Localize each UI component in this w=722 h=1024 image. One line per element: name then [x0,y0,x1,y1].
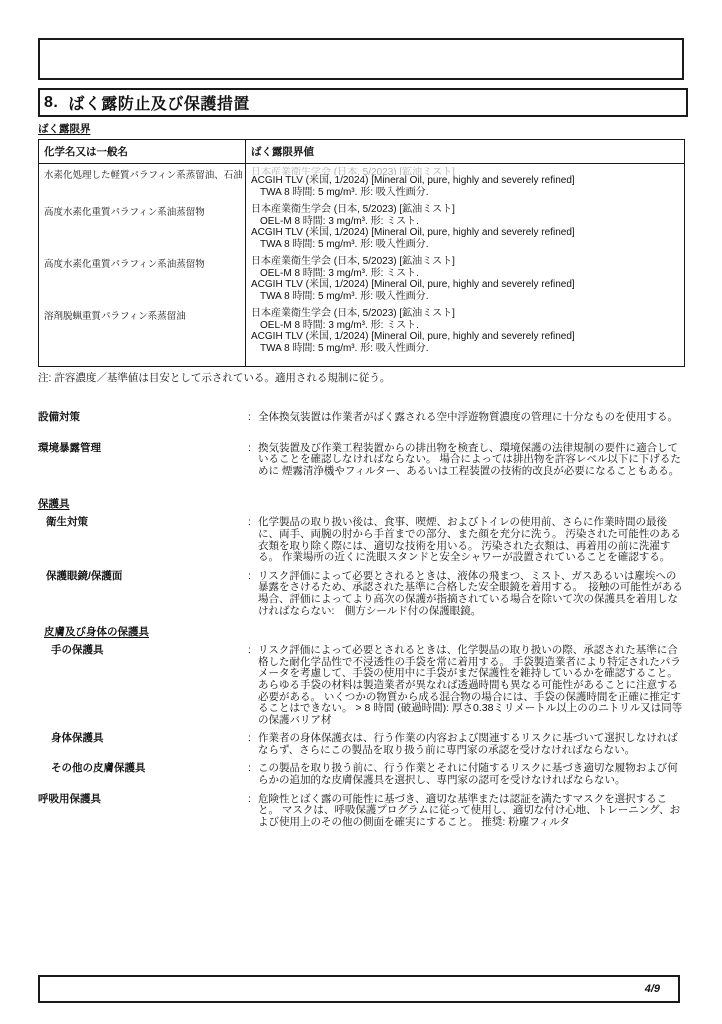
field-value: :リスク評価によって必要とされるときは、化学製品の取り扱いの際、承認された基準に… [248,645,684,726]
field-value: :換気装置及び作業工程装置からの排出物を検査し、環境保護の法律規制の要件に適合し… [248,443,684,478]
definition-row: その他の皮膚保護具:この製品を取り扱う前に、行う作業とそれに付随するリスクに基づ… [38,763,684,786]
limit-line: ACGIH TLV (米国, 1/2024) [Mineral Oil, pur… [251,175,679,187]
field-label: 保護眼鏡/保護面 [38,571,248,617]
section-title: ばく露防止及び保護措置 [68,91,250,114]
limit-line: 日本産業衛生学会 (日本, 5/2023) [鉱油ミスト] [251,167,679,175]
field-value: :この製品を取り扱う前に、行う作業とそれに付随するリスクに基づき適切な履物および… [248,763,684,786]
definition-row: 身体保護具:作業者の身体保護衣は、行う作業の内容および関連するリスクに基づいて選… [38,733,684,756]
colon-separator: : [248,517,251,529]
page-content: ばく露限界 化学名又は一般名 ばく露限界値 水素化処理した軽質パラフィン系蒸留油… [38,121,684,835]
table-row: 高度水素化重質パラフィン系油蒸留物日本産業衛生学会 (日本, 5/2023) [… [39,201,685,253]
limit-line: OEL-M 8 時間: 3 mg/m³. 形: ミスト. [251,216,679,228]
field-value: :作業者の身体保護衣は、行う作業の内容および関連するリスクに基づいて選択しなけれ… [248,733,684,756]
table-note: 注: 許容濃度／基準値は目安として示されている。適用される規制に従う。 [38,372,684,384]
table-header-row: 化学名又は一般名 ばく露限界値 [39,140,685,164]
engineering-controls-list: 設備対策:全体換気装置は作業者がばく露される空中浮遊物質濃度の管理に十分なものを… [38,412,684,477]
respiratory-protection-list: 呼吸用保護具:危険性とばく露の可能性に基づき、適切な基準または認証を満たすマスク… [38,794,684,829]
field-value-text: 換気装置及び作業工程装置からの排出物を検査し、環境保護の法律規制の要件に適合して… [258,442,681,477]
definition-row: 環境暴露管理:換気装置及び作業工程装置からの排出物を検査し、環境保護の法律規制の… [38,443,684,478]
definition-row: 衛生対策:化学製品の取り扱い後は、食事、喫煙、およびトイレの使用前、さらに作業時… [38,517,684,563]
section-title-box: 8. ばく露防止及び保護措置 [38,88,688,117]
chemical-name-cell: 溶剤脱蝋重質パラフィン系蒸留油 [39,305,246,367]
field-value: :リスク評価によって必要とされるときは、液体の飛まつ、ミスト、ガスあるいは塵埃へ… [248,571,684,617]
page-number: 4/9 [645,983,660,995]
document-header-box [38,38,684,80]
colon-separator: : [248,645,251,657]
ppe-items-list: 衛生対策:化学製品の取り扱い後は、食事、喫煙、およびトイレの使用前、さらに作業時… [38,517,684,617]
field-value-text: リスク評価によって必要とされるときは、化学製品の取り扱いの際、承認された基準に合… [258,644,682,726]
field-label: 呼吸用保護具 [38,794,248,829]
limit-line: TWA 8 時間: 5 mg/m³. 形: 吸入性画分. [251,291,679,303]
limit-line: 日本産業衛生学会 (日本, 5/2023) [鉱油ミスト] [251,256,679,268]
exposure-limits-table-body: 水素化処理した軽質パラフィン系蒸留油、石油日本産業衛生学会 (日本, 5/202… [39,164,685,367]
limit-line: OEL-M 8 時間: 3 mg/m³. 形: ミスト. [251,320,679,332]
colon-separator: : [248,733,251,745]
limit-line: TWA 8 時間: 5 mg/m³. 形: 吸入性画分. [251,187,679,199]
colon-separator: : [248,571,251,583]
column-header-limit: ばく露限界値 [246,140,685,164]
limit-line: OEL-M 8 時間: 3 mg/m³. 形: ミスト. [251,268,679,280]
chemical-name-cell: 高度水素化重質パラフィン系油蒸留物 [39,201,246,253]
field-value: :全体換気装置は作業者がばく露される空中浮遊物質濃度の管理に十分なものを使用する… [248,412,684,424]
field-value-text: 化学製品の取り扱い後は、食事、喫煙、およびトイレの使用前、さらに作業時間の最後に… [258,516,681,563]
field-value-text: 全体換気装置は作業者がばく露される空中浮遊物質濃度の管理に十分なものを使用する。 [258,411,678,423]
field-label: 手の保護具 [38,645,248,726]
field-value-text: 作業者の身体保護衣は、行う作業の内容および関連するリスクに基づいて選択しなければ… [258,732,678,756]
skin-protection-items-list: 手の保護具:リスク評価によって必要とされるときは、化学製品の取り扱いの際、承認さ… [38,645,684,787]
definition-row: 設備対策:全体換気装置は作業者がばく露される空中浮遊物質濃度の管理に十分なものを… [38,412,684,424]
limit-line: ACGIH TLV (米国, 1/2024) [Mineral Oil, pur… [251,279,679,291]
field-label: 身体保護具 [38,733,248,756]
section-number: 8. [44,94,58,112]
field-value-text: 危険性とばく露の可能性に基づき、適切な基準または認証を満たすマスクを選択すること… [258,793,680,828]
field-label: 環境暴露管理 [38,443,248,478]
field-value-text: リスク評価によって必要とされるときは、液体の飛まつ、ミスト、ガスあるいは塵埃への… [258,570,683,617]
definition-row: 呼吸用保護具:危険性とばく露の可能性に基づき、適切な基準または認証を満たすマスク… [38,794,684,829]
field-value-text: この製品を取り扱う前に、行う作業とそれに付随するリスクに基づき適切な履物および何… [258,762,678,786]
field-label: 衛生対策 [38,517,248,563]
field-value: :化学製品の取り扱い後は、食事、喫煙、およびトイレの使用前、さらに作業時間の最後… [248,517,684,563]
limit-line: TWA 8 時間: 5 mg/m³. 形: 吸入性画分. [251,343,679,355]
limit-values-cell: 日本産業衛生学会 (日本, 5/2023) [鉱油ミスト]OEL-M 8 時間:… [246,253,685,305]
table-row: 溶剤脱蝋重質パラフィン系蒸留油日本産業衛生学会 (日本, 5/2023) [鉱油… [39,305,685,367]
sds-document-page: 8. ばく露防止及び保護措置 ばく露限界 化学名又は一般名 ばく露限界値 水素化… [0,0,722,1024]
limit-values-cell: 日本産業衛生学会 (日本, 5/2023) [鉱油ミスト]ACGIH TLV (… [246,164,685,202]
chemical-name-cell: 高度水素化重質パラフィン系油蒸留物 [39,253,246,305]
exposure-limits-heading: ばく露限界 [38,121,684,136]
ppe-heading: 保護具 [38,496,684,511]
chemical-name-cell: 水素化処理した軽質パラフィン系蒸留油、石油 [39,164,246,202]
limit-values-cell: 日本産業衛生学会 (日本, 5/2023) [鉱油ミスト]OEL-M 8 時間:… [246,305,685,367]
limit-line: 日本産業衛生学会 (日本, 5/2023) [鉱油ミスト] [251,308,679,320]
colon-separator: : [248,794,251,806]
limit-line: 日本産業衛生学会 (日本, 5/2023) [鉱油ミスト] [251,204,679,216]
skin-body-protection-heading: 皮膚及び身体の保護具 [38,624,684,639]
field-label: その他の皮膚保護具 [38,763,248,786]
limit-values-cell: 日本産業衛生学会 (日本, 5/2023) [鉱油ミスト]OEL-M 8 時間:… [246,201,685,253]
colon-separator: : [248,412,251,424]
limit-line: TWA 8 時間: 5 mg/m³. 形: 吸入性画分. [251,239,679,251]
table-row: 水素化処理した軽質パラフィン系蒸留油、石油日本産業衛生学会 (日本, 5/202… [39,164,685,202]
definition-row: 保護眼鏡/保護面:リスク評価によって必要とされるときは、液体の飛まつ、ミスト、ガ… [38,571,684,617]
table-row: 高度水素化重質パラフィン系油蒸留物日本産業衛生学会 (日本, 5/2023) [… [39,253,685,305]
limit-line: ACGIH TLV (米国, 1/2024) [Mineral Oil, pur… [251,331,679,343]
column-header-chemical: 化学名又は一般名 [39,140,246,164]
colon-separator: : [248,763,251,775]
colon-separator: : [248,443,251,455]
field-label: 設備対策 [38,412,248,424]
limit-line: ACGIH TLV (米国, 1/2024) [Mineral Oil, pur… [251,227,679,239]
document-footer-box: 4/9 [38,975,680,1003]
exposure-limits-table: 化学名又は一般名 ばく露限界値 水素化処理した軽質パラフィン系蒸留油、石油日本産… [38,139,685,367]
definition-row: 手の保護具:リスク評価によって必要とされるときは、化学製品の取り扱いの際、承認さ… [38,645,684,726]
field-value: :危険性とばく露の可能性に基づき、適切な基準または認証を満たすマスクを選択するこ… [248,794,684,829]
